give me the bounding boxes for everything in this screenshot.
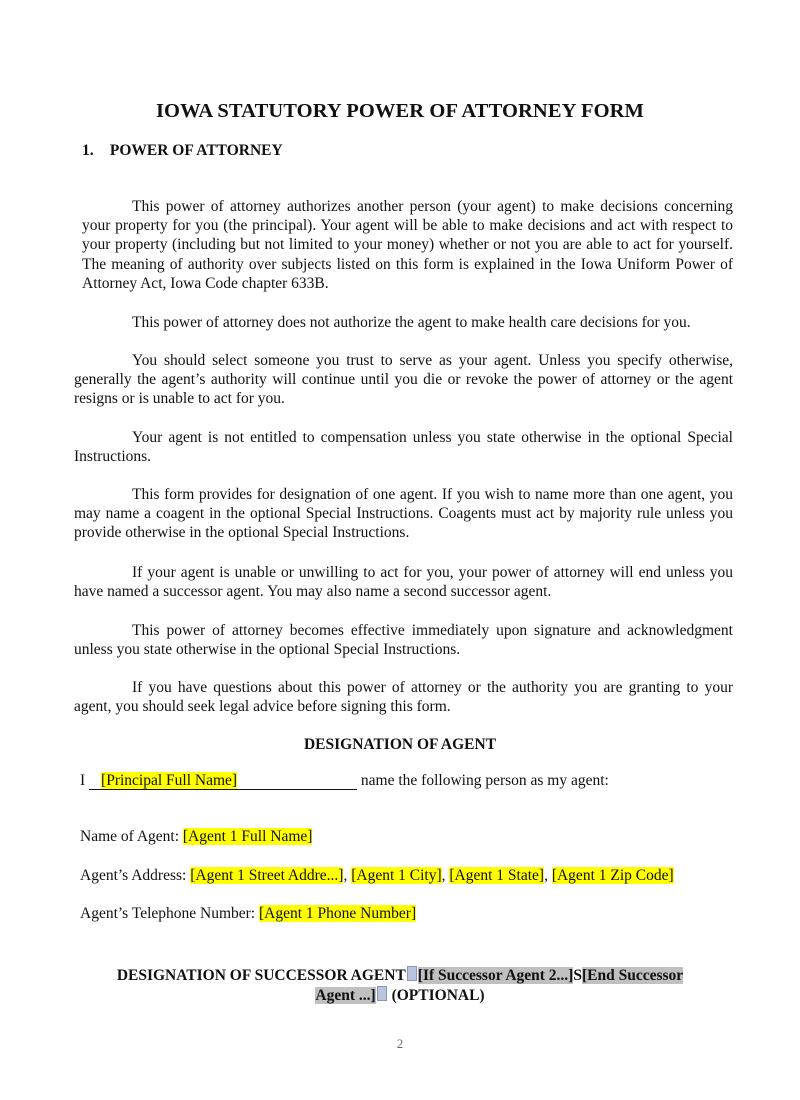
agent-state-field[interactable]: [Agent 1 State] bbox=[449, 867, 544, 884]
document-page: IOWA STATUTORY POWER OF ATTORNEY FORM 1.… bbox=[0, 0, 800, 1100]
agent-phone-line: Agent’s Telephone Number: [Agent 1 Phone… bbox=[80, 905, 416, 923]
paragraph-legal-advice: If you have questions about this power o… bbox=[74, 678, 733, 716]
designation-heading: DESIGNATION OF AGENT bbox=[0, 736, 800, 754]
agent-name-line: Name of Agent: [Agent 1 Full Name] bbox=[80, 828, 312, 846]
paragraph-select-agent: You should select someone you trust to s… bbox=[74, 351, 733, 409]
agent-address-line: Agent’s Address: [Agent 1 Street Addre..… bbox=[80, 867, 674, 885]
paragraph-effective: This power of attorney becomes effective… bbox=[74, 621, 733, 659]
section-label: POWER OF ATTORNEY bbox=[110, 142, 283, 159]
principal-line: I [Principal Full Name] name the followi… bbox=[80, 772, 609, 790]
paragraph-compensation: Your agent is not entitled to compensati… bbox=[74, 428, 733, 466]
field-marker-icon[interactable] bbox=[377, 986, 387, 1001]
agent-phone-field[interactable]: [Agent 1 Phone Number] bbox=[259, 905, 416, 922]
field-marker-icon[interactable] bbox=[407, 966, 417, 981]
paragraph-authorization: This power of attorney authorizes anothe… bbox=[82, 197, 733, 293]
successor-if-field[interactable]: [If Successor Agent 2...] bbox=[418, 967, 574, 984]
section-number: 1. bbox=[82, 142, 106, 160]
paragraph-coagent: This form provides for designation of on… bbox=[74, 485, 733, 543]
paragraph-health-care: This power of attorney does not authoriz… bbox=[82, 313, 733, 332]
agent-name-field[interactable]: [Agent 1 Full Name] bbox=[183, 828, 313, 845]
agent-city-field[interactable]: [Agent 1 City] bbox=[351, 867, 441, 884]
successor-end-field-cont[interactable]: Agent ...] bbox=[315, 987, 375, 1004]
section-heading: 1. POWER OF ATTORNEY bbox=[82, 142, 283, 160]
paragraph-successor: If your agent is unable or unwilling to … bbox=[74, 563, 733, 601]
principal-name-field[interactable]: [Principal Full Name] bbox=[89, 773, 357, 790]
successor-heading: DESIGNATION OF SUCCESSOR AGENT[If Succes… bbox=[0, 966, 800, 1006]
document-title: IOWA STATUTORY POWER OF ATTORNEY FORM bbox=[0, 100, 800, 123]
agent-street-field[interactable]: [Agent 1 Street Addre...] bbox=[190, 867, 343, 884]
agent-zip-field[interactable]: [Agent 1 Zip Code] bbox=[552, 867, 674, 884]
page-number: 2 bbox=[0, 1036, 800, 1052]
successor-end-field[interactable]: [End Successor bbox=[582, 967, 683, 984]
